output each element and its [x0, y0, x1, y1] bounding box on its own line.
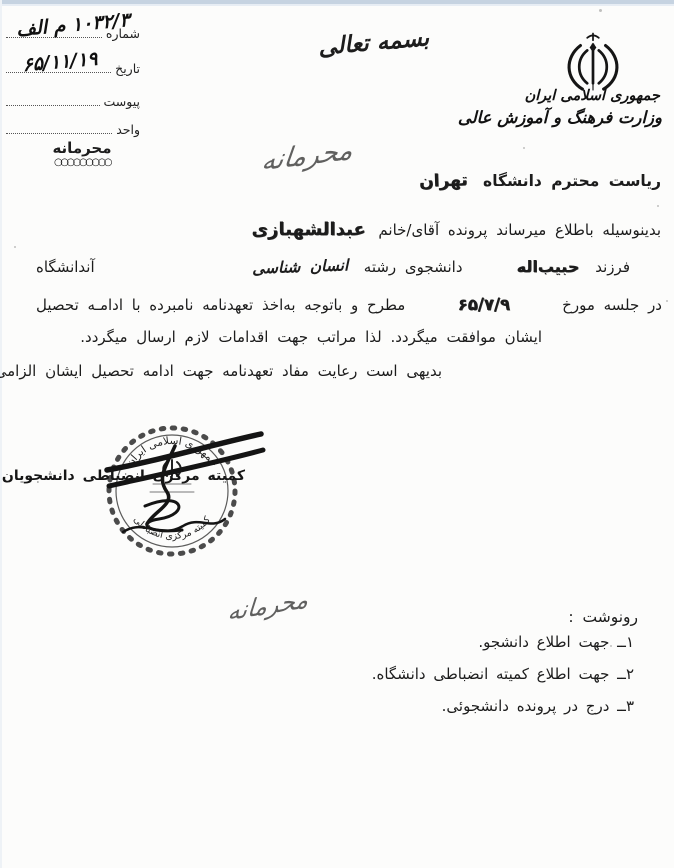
field-attachment: پیوست	[6, 94, 140, 109]
recipient-line: ریاست محترم دانشگاه تهران	[419, 171, 661, 191]
child-label: فرزند	[595, 258, 630, 276]
field-attachment-label: پیوست	[104, 94, 140, 109]
scan-speck	[666, 300, 668, 302]
body-line-1: بدینوسیله باطلاع میرساند پرونده آقای/خان…	[251, 219, 661, 240]
org-name-line1: جمهوری اسلامی ایران	[525, 88, 660, 104]
committee-typed-line: کمیته مرکزی انضباطی دانشجویان	[2, 468, 245, 484]
major-handwritten: انسان شناسی	[251, 256, 348, 277]
copies-item-1: ۱ــ جهت اطلاع دانشجو.	[478, 633, 634, 651]
official-round-seal: جمهوری اسلامی ایران کمیته مرکزی انضباطی	[95, 420, 267, 562]
bismillah-calligraphy: بسمه تعالی	[317, 25, 430, 61]
scan-speck	[14, 246, 16, 248]
emblem-sword-head	[590, 43, 597, 53]
scan-edge	[0, 0, 2, 868]
scan-speck	[657, 205, 659, 207]
body-line-2: فرزند حبیب‌اله دانشجوی رشته انسان شناسی …	[36, 257, 630, 276]
body-line-5: بدیهی است رعایت مفاد تعهدنامه جهت ادامه …	[0, 362, 442, 380]
body-line-3: در جلسه مورخ ۶۵/۷/۹ مطرح و باتوجه به‌اخذ…	[36, 295, 662, 314]
dotted-leader	[6, 123, 112, 134]
chain-ornament: ○○○○○○○○○	[45, 157, 119, 168]
child-name-handwritten: حبیب‌اله	[517, 257, 580, 276]
field-unit-label: واحد	[116, 122, 140, 137]
recipient-typed: ریاست محترم دانشگاه	[483, 172, 661, 190]
student-name-handwritten: عبدالشهبازی	[251, 219, 365, 240]
copies-item-2: ۲ــ جهت اطلاع کمیته انضباطی دانشگاه.	[372, 665, 634, 683]
university-word: آندانشگاه	[36, 258, 95, 276]
iran-emblem-icon	[564, 30, 622, 94]
copies-item-3: ۳ــ درج در پرونده دانشجوئی.	[442, 697, 634, 715]
body-line-1-typed: بدینوسیله باطلاع میرساند پرونده آقای/خان…	[378, 221, 661, 239]
confidential-handwritten-note-top: محرمانه	[260, 134, 355, 177]
dotted-leader	[6, 95, 100, 106]
field-unit: واحد	[6, 122, 140, 137]
copies-title: رونوشت :	[568, 608, 638, 626]
field-date-label: تاریخ	[115, 61, 140, 76]
recipient-handwritten-city: تهران	[419, 170, 468, 192]
session-date-stamped: ۶۵/۷/۹	[458, 295, 510, 314]
body-line-4: ایشان موافقت میگردد. لذا مراتب جهت اقدام…	[80, 328, 542, 346]
org-name-line2: وزارت فرهنگ و آموزش عالی	[458, 108, 662, 127]
confidential-handwritten-note-bottom: محرمانه	[227, 585, 310, 626]
confidential-stamp-label: محرمانه	[50, 139, 114, 157]
scan-speck	[523, 147, 525, 149]
scan-speck	[610, 645, 612, 647]
major-label: دانشجوی رشته	[364, 258, 463, 276]
scan-edge	[0, 4, 674, 6]
session-post-text: مطرح و باتوجه به‌اخذ تعهدنامه نامبرده با…	[36, 296, 405, 314]
scanned-letter-page: شماره ۱۰۳۲/۳ م الف تاریخ ۶۵/۱۱/۱۹ پیوست …	[0, 0, 674, 868]
session-pre-text: در جلسه مورخ	[562, 296, 662, 314]
scan-speck	[599, 9, 602, 12]
